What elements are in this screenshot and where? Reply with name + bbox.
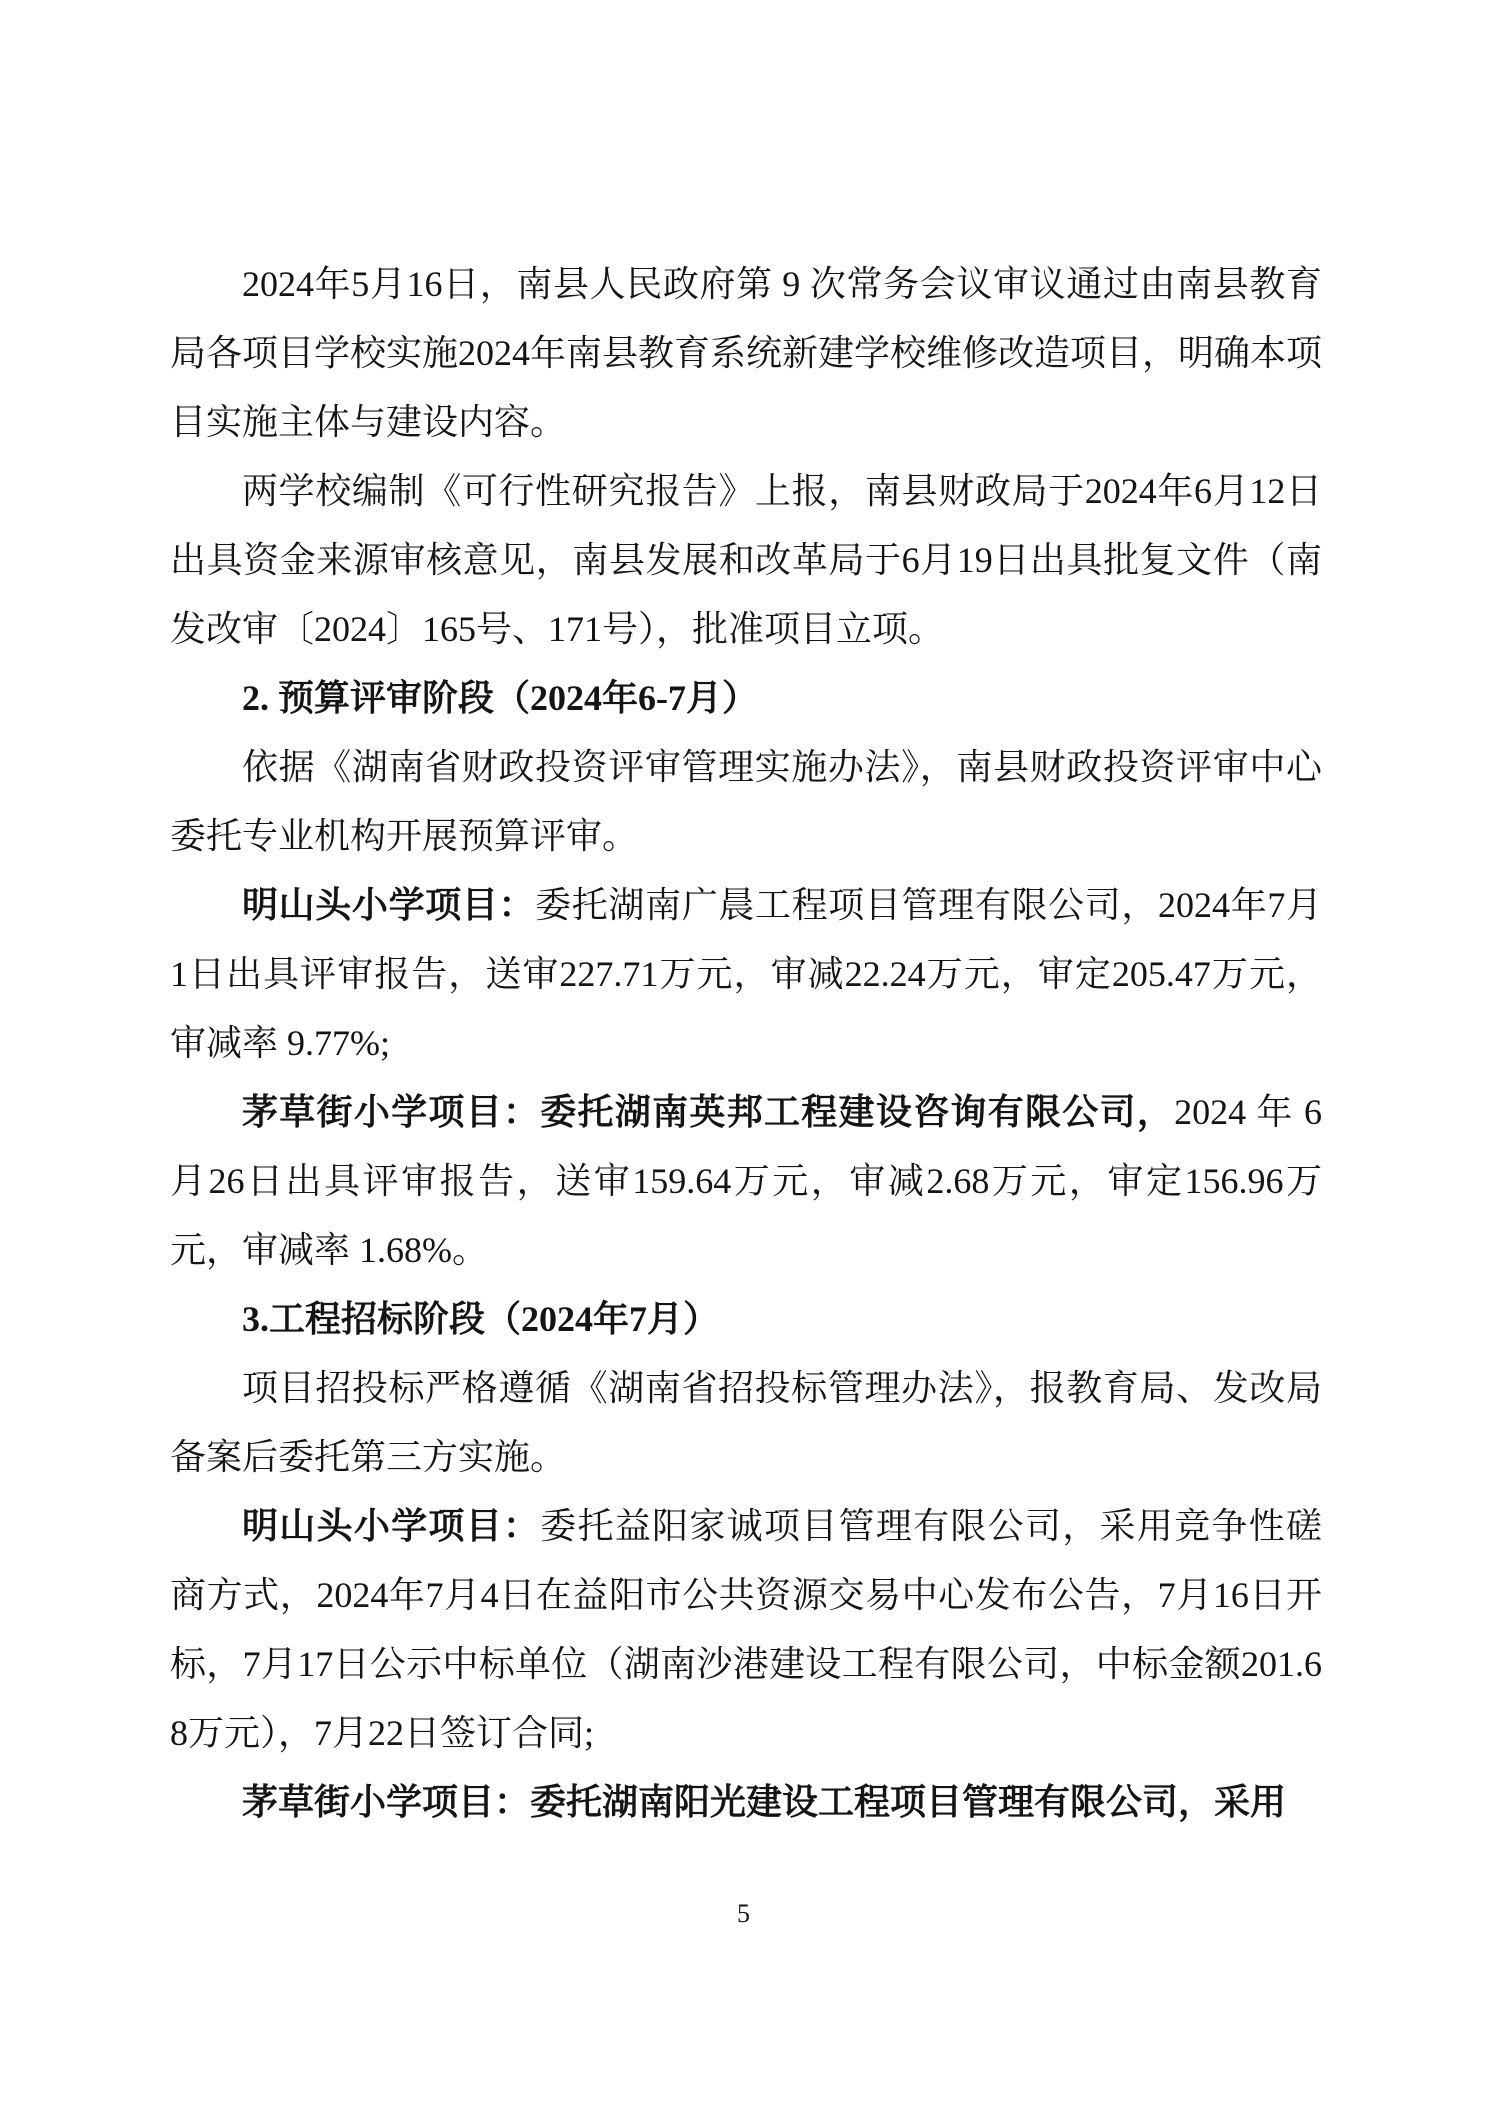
text-run: 两学校编制《可行性研究报告》上报，南县财政局于2024年6月12日出具资金来源审… [170, 471, 1322, 649]
paragraph: 明山头小学项目：委托益阳家诚项目管理有限公司，采用竞争性磋商方式，2024年7月… [170, 1492, 1322, 1768]
text-run: 明山头小学项目： [242, 1506, 540, 1546]
text-run: 茅草街小学项目：委托湖南阳光建设工程项目管理有限公司，采用 [242, 1782, 1286, 1822]
text-run: 茅草街小学项目：委托湖南英邦工程建设咨询有限公司， [242, 1092, 1174, 1132]
paragraph: 茅草街小学项目：委托湖南英邦工程建设咨询有限公司，2024 年 6月26日出具评… [170, 1078, 1322, 1285]
paragraph: 两学校编制《可行性研究报告》上报，南县财政局于2024年6月12日出具资金来源审… [170, 457, 1322, 664]
text-run: 2024年5月16日，南县人民政府第 9 次常务会议审议通过由南县教育局各项目学… [170, 264, 1322, 442]
paragraph: 明山头小学项目：委托湖南广晨工程项目管理有限公司，2024年7月1日出具评审报告… [170, 871, 1322, 1078]
paragraph: 项目招投标严格遵循《湖南省招投标管理办法》，报教育局、发改局备案后委托第三方实施… [170, 1354, 1322, 1492]
page-number: 5 [0, 1898, 1487, 1930]
paragraph: 茅草街小学项目：委托湖南阳光建设工程项目管理有限公司，采用 [170, 1768, 1322, 1837]
document-body: 2024年5月16日，南县人民政府第 9 次常务会议审议通过由南县教育局各项目学… [170, 250, 1322, 1837]
document-page: 2024年5月16日，南县人民政府第 9 次常务会议审议通过由南县教育局各项目学… [0, 0, 1487, 2105]
paragraph: 2024年5月16日，南县人民政府第 9 次常务会议审议通过由南县教育局各项目学… [170, 250, 1322, 457]
text-run: 项目招投标严格遵循《湖南省招投标管理办法》，报教育局、发改局备案后委托第三方实施… [170, 1368, 1322, 1477]
paragraph: 依据《湖南省财政投资评审管理实施办法》，南县财政投资评审中心委托专业机构开展预算… [170, 733, 1322, 871]
section-heading: 2. 预算评审阶段（2024年6-7月） [170, 664, 1322, 733]
section-heading: 3.工程招标阶段（2024年7月） [170, 1285, 1322, 1354]
text-run: 依据《湖南省财政投资评审管理实施办法》，南县财政投资评审中心委托专业机构开展预算… [170, 747, 1322, 856]
text-run: 2. 预算评审阶段（2024年6-7月） [242, 678, 758, 718]
text-run: 明山头小学项目： [242, 885, 535, 925]
text-run: 3.工程招标阶段（2024年7月） [242, 1299, 719, 1339]
